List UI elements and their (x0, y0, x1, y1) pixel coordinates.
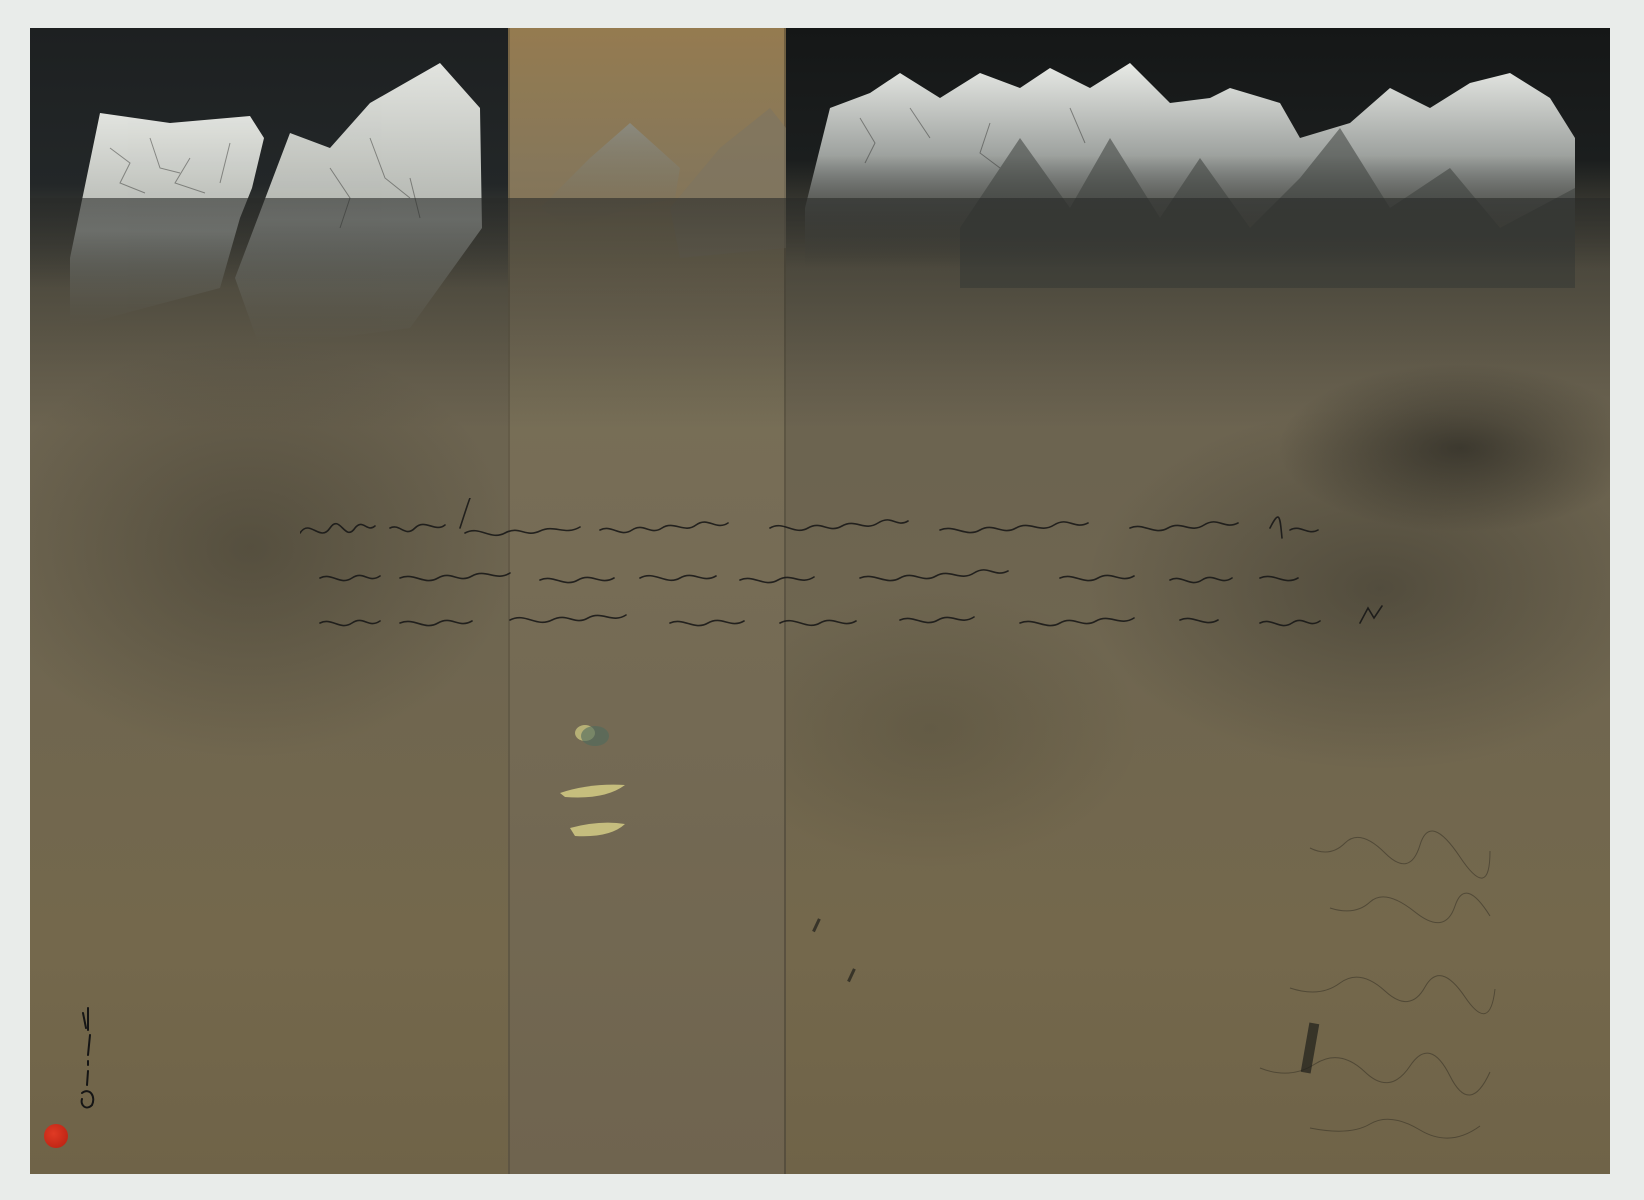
painting-canvas: Abstract landscape: white crackled mount… (30, 28, 1610, 1174)
mist-band (30, 198, 1610, 428)
ink-marks (812, 918, 1319, 1073)
red-seal (44, 1124, 68, 1148)
calligraphy-script (300, 498, 1440, 648)
artist-signature (68, 1003, 108, 1123)
gold-leaf-marks (560, 725, 625, 836)
ground-crackle (1260, 831, 1495, 1138)
